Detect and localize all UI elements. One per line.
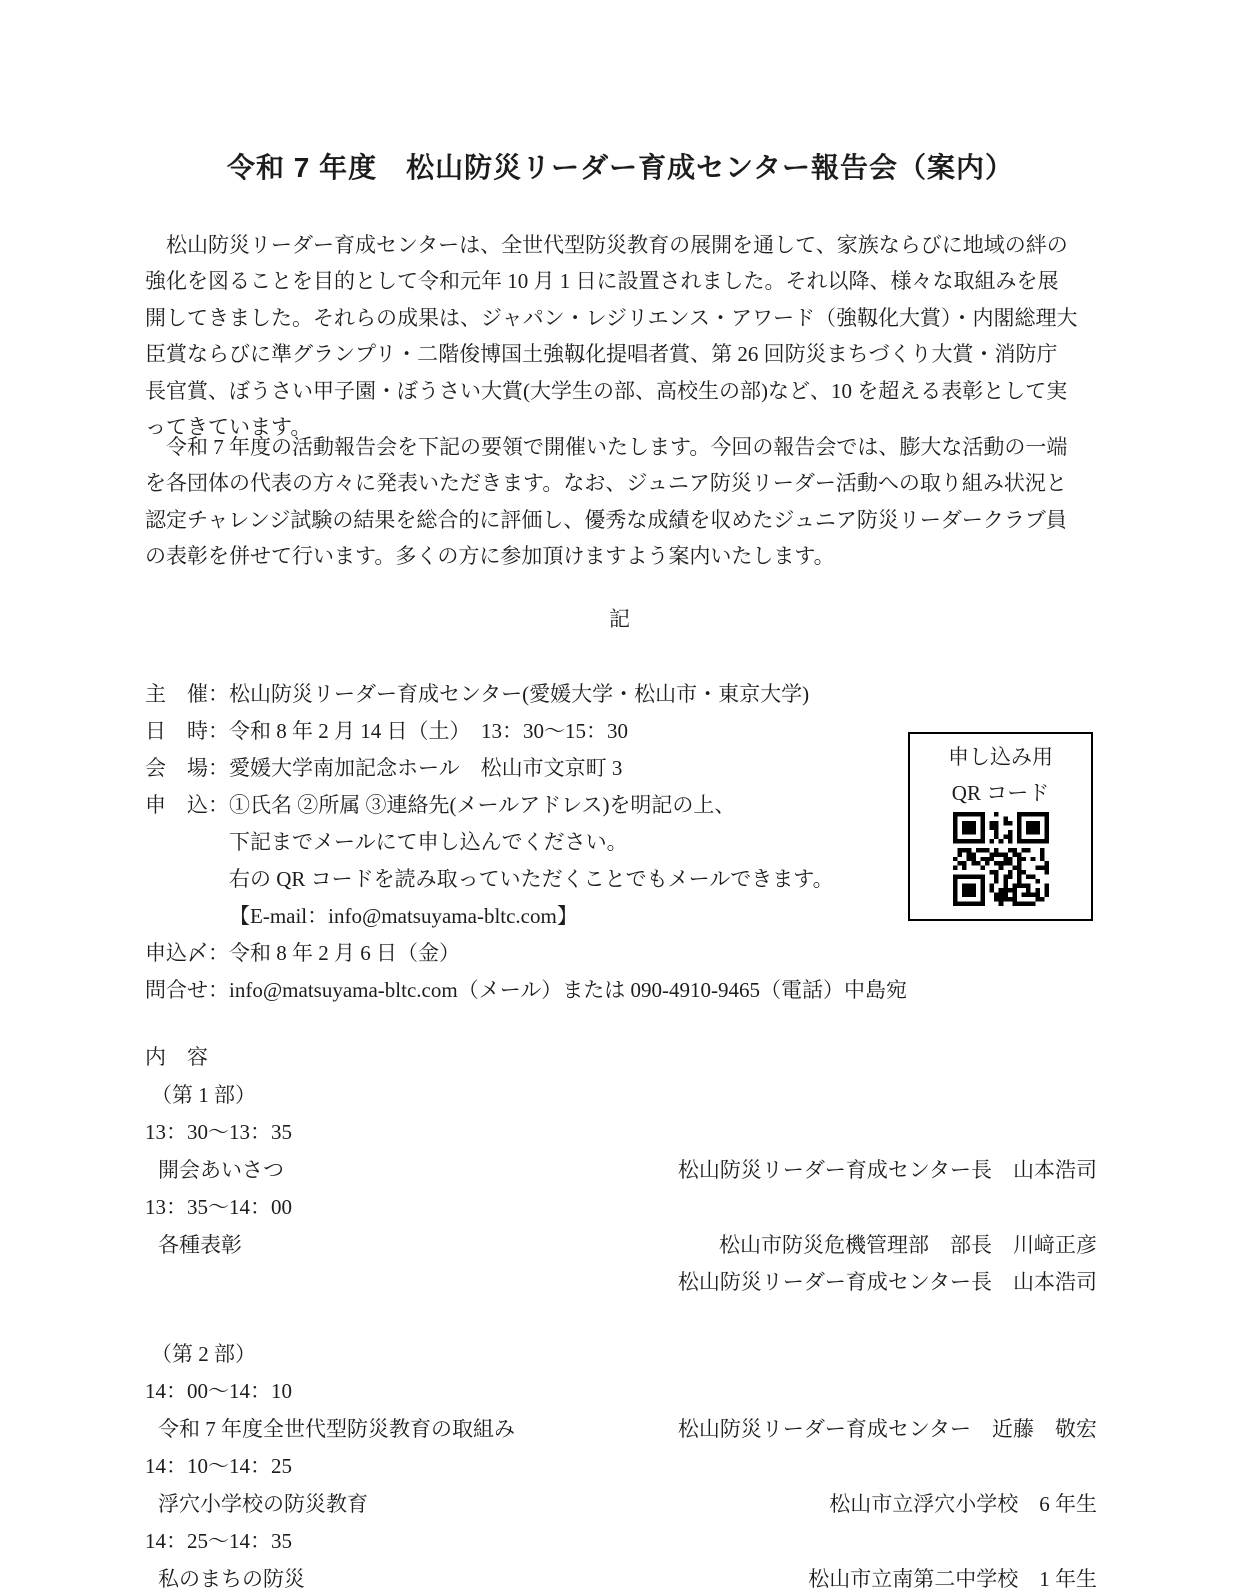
paragraph-line: 松山防災リーダー育成センターは、全世代型防災教育の展開を通して、家族ならびに地域… [145,227,1097,263]
paragraph-line: 臣賞ならびに準グランプリ・二階俊博国土強靱化提唱者賞、第 26 回防災まちづくり… [145,336,1097,372]
agenda-item-title: 開会あいさつ [145,1152,284,1190]
paragraph-line: を各団体の代表の方々に発表いただきます。なお、ジュニア防災リーダー活動への取り組… [145,465,1097,501]
paragraph-line: 令和 7 年度の活動報告会を下記の要領で開催いたします。今回の報告会では、膨大な… [145,429,1097,465]
agenda-item-presenter: 松山市防災危機管理部 部長 川﨑正彦 [719,1227,1097,1265]
agenda-part-1: （第 1 部） [145,1077,1097,1115]
agenda-item-presenter: 松山防災リーダー育成センター 近藤 敬宏 [678,1411,1097,1449]
agenda-item-presenter: 松山防災リーダー育成センター長 山本浩司 [678,1264,1097,1302]
detail-value: 松山防災リーダー育成センター(愛媛大学・松山市・東京大学) [229,676,809,713]
paragraph-line: 強化を図ることを目的として令和元年 10 月 1 日に設置されました。それ以降、… [145,263,1097,299]
detail-value: 愛媛大学南加記念ホール 松山市文京町 3 [229,750,622,787]
intro-paragraph-2: 令和 7 年度の活動報告会を下記の要領で開催いたします。今回の報告会では、膨大な… [145,429,1097,575]
agenda-item: 浮穴小学校の防災教育 松山市立浮穴小学校 6 年生 [145,1486,1097,1524]
intro-paragraph-1: 松山防災リーダー育成センターは、全世代型防災教育の展開を通して、家族ならびに地域… [145,227,1097,445]
detail-line-organizer: 主 催： 松山防災リーダー育成センター(愛媛大学・松山市・東京大学) [145,676,1097,713]
agenda-time: 14：25～14：35 [145,1523,1097,1561]
agenda-item-title: 私のまちの防災 [145,1561,305,1592]
agenda-time: 14：10～14：25 [145,1448,1097,1486]
detail-value: 下記までメールにて申し込んでください。 [229,824,628,861]
agenda-item-presenter: 松山防災リーダー育成センター長 山本浩司 [678,1152,1097,1190]
detail-label: 主 催： [145,676,229,713]
agenda-item-title: 浮穴小学校の防災教育 [145,1486,368,1524]
detail-value: 【E-mail：info@matsuyama-bltc.com】 [229,898,578,935]
agenda-item: 各種表彰 松山市防災危機管理部 部長 川﨑正彦 [145,1227,1097,1265]
detail-label: 申込〆： [145,935,229,972]
paragraph-line: 長官賞、ぼうさい甲子園・ぼうさい大賞(大学生の部、高校生の部)など、10 を超え… [145,373,1097,409]
detail-value: info@matsuyama-bltc.com（メール）または 090-4910… [229,972,907,1009]
detail-label: 問合せ： [145,972,229,1009]
qr-application-box: 申し込み用 QR コード [908,732,1093,921]
detail-line-contact: 問合せ： info@matsuyama-bltc.com（メール）または 090… [145,972,1097,1009]
agenda-item: 松山防災リーダー育成センター長 山本浩司 [145,1264,1097,1302]
agenda-time: 13：35～14：00 [145,1189,1097,1227]
page-title: 令和 7 年度 松山防災リーダー育成センター報告会（案内） [0,146,1241,186]
document-page: 令和 7 年度 松山防災リーダー育成センター報告会（案内） 松山防災リーダー育成… [0,0,1241,1592]
ki-marker: 記 [0,603,1241,633]
detail-label: 日 時： [145,713,229,750]
agenda-part-2: （第 2 部） [145,1336,1097,1374]
detail-label: 会 場： [145,750,229,787]
detail-value: 令和 8 年 2 月 6 日（金） [229,935,460,972]
agenda-item-presenter: 松山市立南第二中学校 1 年生 [808,1561,1097,1592]
qr-box-label-line1: 申し込み用 [910,745,1091,769]
qr-code [910,812,1091,906]
paragraph-line: の表彰を併せて行います。多くの方に参加頂けますよう案内いたします。 [145,538,1097,574]
paragraph-line: 認定チャレンジ試験の結果を総合的に評価し、優秀な成績を収めたジュニア防災リーダー… [145,502,1097,538]
agenda-item: 私のまちの防災 松山市立南第二中学校 1 年生 [145,1561,1097,1592]
detail-label: 申 込： [145,787,229,824]
agenda-heading: 内 容 [145,1039,1097,1077]
detail-line-deadline: 申込〆： 令和 8 年 2 月 6 日（金） [145,935,1097,972]
detail-label [145,824,229,861]
agenda-item: 令和 7 年度全世代型防災教育の取組み 松山防災リーダー育成センター 近藤 敬宏 [145,1411,1097,1449]
agenda-item-title: 令和 7 年度全世代型防災教育の取組み [145,1411,515,1449]
agenda-time: 14：00～14：10 [145,1373,1097,1411]
detail-value: 右の QR コードを読み取っていただくことでもメールできます。 [229,861,834,898]
detail-value: ①氏名 ②所属 ③連絡先(メールアドレス)を明記の上、 [229,787,735,824]
agenda-item-presenter: 松山市立浮穴小学校 6 年生 [829,1486,1097,1524]
agenda-item-title: 各種表彰 [145,1227,242,1265]
agenda-spacer [145,1302,1097,1336]
agenda-section: 内 容 （第 1 部） 13：30～13：35 開会あいさつ 松山防災リーダー育… [145,1039,1097,1592]
paragraph-line: 開してきました。それらの成果は、ジャパン・レジリエンス・アワード（強靱化大賞）・… [145,300,1097,336]
detail-value: 令和 8 年 2 月 14 日（土） 13：30～15：30 [229,713,628,750]
qr-box-label-line2: QR コード [910,781,1091,805]
detail-label [145,898,229,935]
detail-label [145,861,229,898]
agenda-item: 開会あいさつ 松山防災リーダー育成センター長 山本浩司 [145,1152,1097,1190]
agenda-item-title [145,1264,158,1302]
agenda-time: 13：30～13：35 [145,1114,1097,1152]
